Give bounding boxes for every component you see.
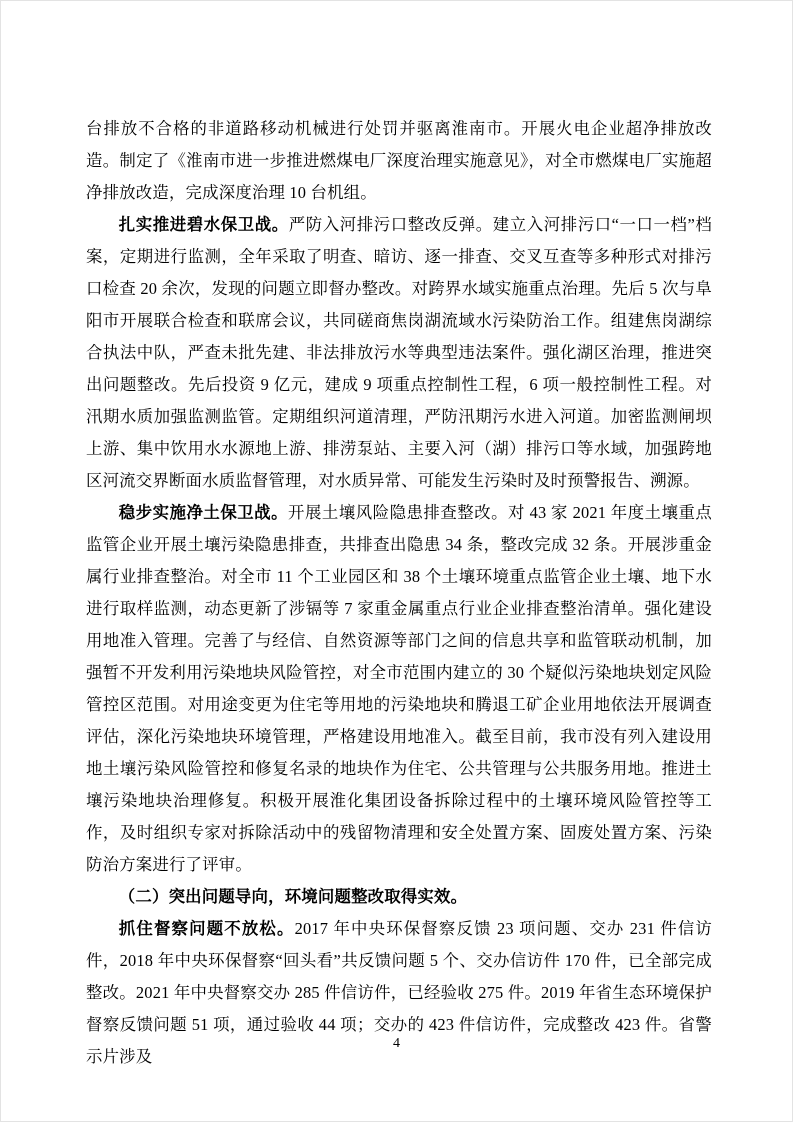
paragraph-continuation: 台排放不合格的非道路移动机械进行处罚并驱离淮南市。开展火电企业超净排放改造。制定… (86, 113, 712, 209)
paragraph-water-campaign: 扎实推进碧水保卫战。严防入河排污口整改反弹。建立入河排污口“一口一档”档案，定期… (86, 209, 712, 497)
document-body: 台排放不合格的非道路移动机械进行处罚并驱离淮南市。开展火电企业超净排放改造。制定… (86, 113, 712, 1073)
paragraph-inspection-lead: 抓住督察问题不放松。 (119, 919, 295, 938)
paragraph-continuation-text: 台排放不合格的非道路移动机械进行处罚并驱离淮南市。开展火电企业超净排放改造。制定… (86, 119, 712, 202)
section-heading-2-text: （二）突出问题导向，环境问题整改取得实效。 (119, 887, 467, 906)
paragraph-water-campaign-lead: 扎实推进碧水保卫战。 (119, 215, 289, 234)
paragraph-soil-campaign-text: 开展土壤风险隐患排查整改。对 43 家 2021 年度土壤重点监管企业开展土壤污… (86, 503, 712, 874)
section-heading-2: （二）突出问题导向，环境问题整改取得实效。 (86, 881, 712, 913)
page-number: 4 (1, 1034, 792, 1054)
paragraph-soil-campaign-lead: 稳步实施净土保卫战。 (119, 503, 288, 522)
paragraph-water-campaign-text: 严防入河排污口整改反弹。建立入河排污口“一口一档”档案，定期进行监测，全年采取了… (86, 215, 712, 490)
document-page: 台排放不合格的非道路移动机械进行处罚并驱离淮南市。开展火电企业超净排放改造。制定… (0, 0, 793, 1122)
paragraph-soil-campaign: 稳步实施净土保卫战。开展土壤风险隐患排查整改。对 43 家 2021 年度土壤重… (86, 497, 712, 881)
